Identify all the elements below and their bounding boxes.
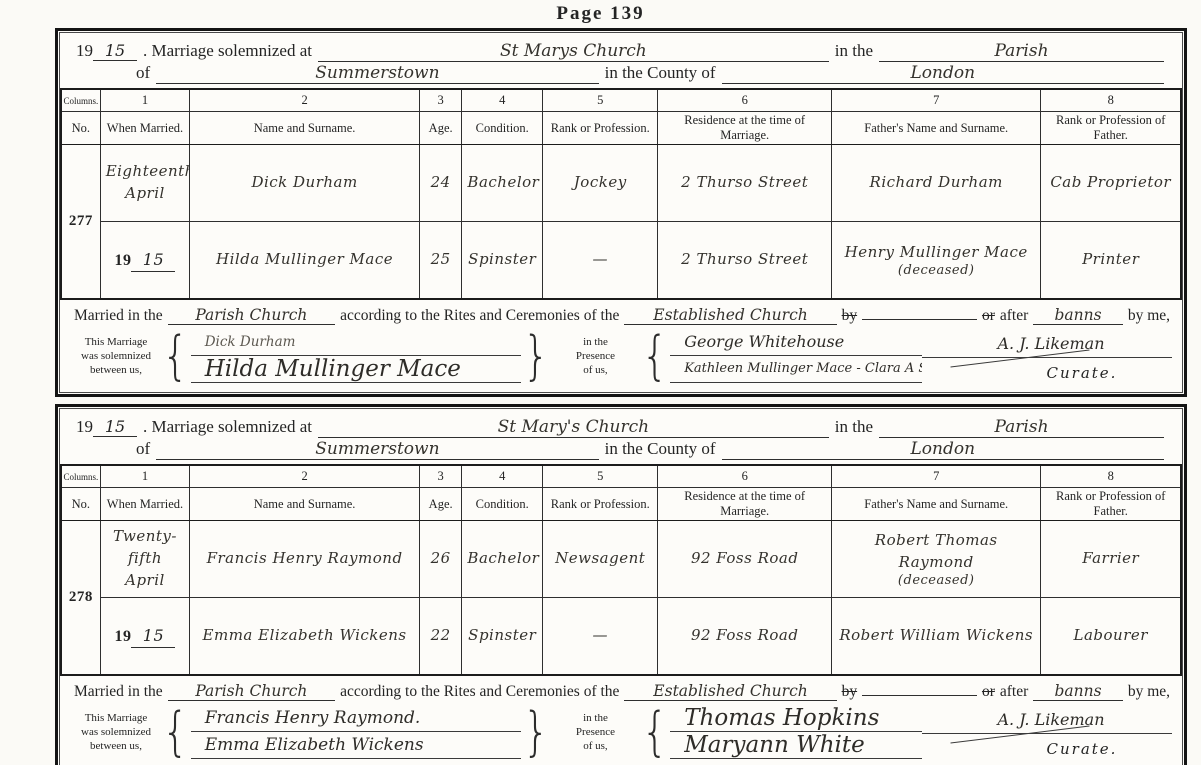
- col-num: 6: [658, 465, 832, 488]
- this-marriage-label: This Marriage was solemnized between us,: [72, 335, 160, 378]
- this-marriage-label: This Marriage was solemnized between us,: [72, 711, 160, 754]
- groom-signature: Francis Henry Raymond.: [191, 705, 521, 732]
- record-header: 1915 . Marriage solemnized at St Marys C…: [60, 33, 1182, 88]
- married-in-value: Parish Church: [168, 682, 335, 701]
- couple-signatures: Francis Henry Raymond. Emma Elizabeth Wi…: [191, 705, 521, 759]
- groom-father-rank-cell: Farrier: [1041, 521, 1181, 598]
- column-number-row: Columns. 1 2 3 4 5 6 7 8: [61, 465, 1181, 488]
- bride-father-rank-cell: Labourer: [1041, 598, 1181, 676]
- col-num: 5: [543, 465, 658, 488]
- witness-signature-1: George Whitehouse: [670, 329, 922, 356]
- officiant-title: Curate.: [922, 364, 1172, 382]
- officiant-block: A. J. Likeman Curate.: [922, 331, 1172, 382]
- bride-age-cell: 22: [419, 598, 462, 676]
- col-num: 4: [462, 89, 543, 112]
- signature-area: This Marriage was solemnized between us,…: [60, 326, 1182, 392]
- by-blank: [862, 695, 977, 696]
- groom-name-cell: Francis Henry Raymond: [190, 521, 420, 598]
- by-me-label: by me,: [1128, 307, 1170, 325]
- by-blank: [862, 319, 977, 320]
- bride-signature: Hilda Mullinger Mace: [191, 356, 521, 383]
- groom-condition-cell: Bachelor: [462, 145, 543, 222]
- banns-value: banns: [1033, 682, 1123, 701]
- of-label: of: [136, 439, 150, 459]
- rites-label: according to the Rites and Ceremonies of…: [340, 307, 619, 325]
- col-num: 1: [100, 89, 190, 112]
- place-name: Summerstown: [156, 439, 598, 460]
- col-num: 7: [832, 89, 1041, 112]
- bride-name-cell: Hilda Mullinger Mace: [190, 222, 420, 300]
- col-num: 2: [190, 89, 420, 112]
- year-cell: 1915: [100, 222, 190, 300]
- when-married-cell: Twenty-fifth April: [100, 521, 190, 598]
- presence-label: in the Presence of us,: [551, 335, 639, 378]
- bride-age-cell: 25: [419, 222, 462, 300]
- groom-row: 277 Eighteenth April Dick Durham 24 Bach…: [61, 145, 1181, 222]
- in-the-label: in the: [835, 41, 873, 61]
- bride-condition-cell: Spinster: [462, 222, 543, 300]
- marriage-record-277: 1915 . Marriage solemnized at St Marys C…: [55, 28, 1187, 397]
- col-label: Rank or Profession of Father.: [1041, 488, 1181, 521]
- year-printed: 1915: [76, 417, 137, 437]
- col-num: 5: [543, 89, 658, 112]
- col-label: Residence at the time of Marriage.: [658, 488, 832, 521]
- church-name: St Marys Church: [318, 41, 829, 62]
- rites-label: according to the Rites and Ceremonies of…: [340, 683, 619, 701]
- county-name: London: [722, 439, 1164, 460]
- couple-signatures: Dick Durham Hilda Mullinger Mace: [191, 329, 521, 383]
- banns-value: banns: [1033, 306, 1123, 325]
- groom-age-cell: 24: [419, 145, 462, 222]
- witness-signature-1: Thomas Hopkins: [670, 705, 922, 732]
- brace-open: {: [162, 330, 189, 383]
- bride-residence-cell: 92 Foss Road: [658, 598, 832, 676]
- bride-rank-cell: —: [543, 598, 658, 676]
- year-printed: 1915: [76, 41, 137, 61]
- by-label: by: [842, 683, 858, 701]
- church-type-value: Established Church: [624, 306, 836, 325]
- married-in-value: Parish Church: [168, 306, 335, 325]
- solemnized-label: . Marriage solemnized at: [143, 417, 312, 437]
- or-label: or: [982, 683, 995, 701]
- signature-area: This Marriage was solemnized between us,…: [60, 702, 1182, 765]
- or-label: or: [982, 307, 995, 325]
- groom-rank-cell: Jockey: [543, 145, 658, 222]
- year-handwritten: 15: [93, 41, 137, 61]
- when-married-cell: Eighteenth April: [100, 145, 190, 222]
- after-label: after: [1000, 307, 1028, 325]
- groom-name-cell: Dick Durham: [190, 145, 420, 222]
- groom-father-cell: Robert Thomas Raymond(deceased): [832, 521, 1041, 598]
- col-label: Age.: [419, 488, 462, 521]
- no-label: No.: [61, 112, 100, 145]
- col-label: Residence at the time of Marriage.: [658, 112, 832, 145]
- year-cell: 1915: [100, 598, 190, 676]
- col-label: Name and Surname.: [190, 112, 420, 145]
- married-in-label: Married in the: [74, 307, 163, 325]
- col-label: Condition.: [462, 112, 543, 145]
- brace-close: }: [523, 330, 550, 383]
- by-label: by: [842, 307, 858, 325]
- col-num: 6: [658, 89, 832, 112]
- by-me-label: by me,: [1128, 683, 1170, 701]
- witness-signatures: Thomas Hopkins Maryann White: [670, 705, 922, 759]
- married-in-line: Married in the Parish Church according t…: [60, 300, 1182, 326]
- columns-corner-label: Columns.: [61, 465, 100, 488]
- register-table: Columns. 1 2 3 4 5 6 7 8 No. When Marrie…: [60, 464, 1182, 676]
- county-of-label: in the County of: [605, 63, 716, 83]
- groom-condition-cell: Bachelor: [462, 521, 543, 598]
- col-label: Father's Name and Surname.: [832, 488, 1041, 521]
- no-label: No.: [61, 488, 100, 521]
- bride-row: 1915 Emma Elizabeth Wickens 22 Spinster …: [61, 598, 1181, 676]
- col-label: Rank or Profession of Father.: [1041, 112, 1181, 145]
- col-num: 4: [462, 465, 543, 488]
- groom-father-rank-cell: Cab Proprietor: [1041, 145, 1181, 222]
- church-type-value: Established Church: [624, 682, 836, 701]
- bride-father-rank-cell: Printer: [1041, 222, 1181, 300]
- brace-open: {: [641, 706, 668, 759]
- officiant-title: Curate.: [922, 740, 1172, 758]
- col-label: When Married.: [100, 488, 190, 521]
- presence-label: in the Presence of us,: [551, 711, 639, 754]
- groom-signature: Dick Durham: [191, 329, 521, 356]
- solemnized-label: . Marriage solemnized at: [143, 41, 312, 61]
- brace-open: {: [641, 330, 668, 383]
- groom-age-cell: 26: [419, 521, 462, 598]
- officiant-block: A. J. Likeman Curate.: [922, 707, 1172, 758]
- bride-signature: Emma Elizabeth Wickens: [191, 732, 521, 759]
- col-num: 2: [190, 465, 420, 488]
- entry-number: 278: [61, 521, 100, 676]
- bride-name-cell: Emma Elizabeth Wickens: [190, 598, 420, 676]
- after-label: after: [1000, 683, 1028, 701]
- groom-residence-cell: 2 Thurso Street: [658, 145, 832, 222]
- county-name: London: [722, 63, 1164, 84]
- col-num: 3: [419, 465, 462, 488]
- church-name: St Mary's Church: [318, 417, 829, 438]
- column-label-row: No. When Married. Name and Surname. Age.…: [61, 488, 1181, 521]
- bride-condition-cell: Spinster: [462, 598, 543, 676]
- place-name: Summerstown: [156, 63, 598, 84]
- col-label: Condition.: [462, 488, 543, 521]
- groom-row: 278 Twenty-fifth April Francis Henry Ray…: [61, 521, 1181, 598]
- col-label: Rank or Profession.: [543, 112, 658, 145]
- brace-open: {: [162, 706, 189, 759]
- witness-signature-2: Kathleen Mullinger Mace - Clara A Smith: [670, 356, 922, 383]
- record-header: 1915 . Marriage solemnized at St Mary's …: [60, 409, 1182, 464]
- register-table: Columns. 1 2 3 4 5 6 7 8 No. When Marrie…: [60, 88, 1182, 300]
- county-of-label: in the County of: [605, 439, 716, 459]
- bride-father-cell: Robert William Wickens: [832, 598, 1041, 676]
- of-label: of: [136, 63, 150, 83]
- col-label: Age.: [419, 112, 462, 145]
- married-in-label: Married in the: [74, 683, 163, 701]
- groom-residence-cell: 92 Foss Road: [658, 521, 832, 598]
- married-in-line: Married in the Parish Church according t…: [60, 676, 1182, 702]
- col-label: Rank or Profession.: [543, 488, 658, 521]
- brace-close: }: [523, 706, 550, 759]
- column-number-row: Columns. 1 2 3 4 5 6 7 8: [61, 89, 1181, 112]
- page-title: Page 139: [0, 0, 1201, 25]
- witness-signature-2: Maryann White: [670, 732, 922, 759]
- col-num: 3: [419, 89, 462, 112]
- columns-corner-label: Columns.: [61, 89, 100, 112]
- parish-name: Parish: [879, 41, 1164, 62]
- entry-number: 277: [61, 145, 100, 300]
- marriage-record-278: 1915 . Marriage solemnized at St Mary's …: [55, 404, 1187, 765]
- col-num: 8: [1041, 465, 1181, 488]
- bride-residence-cell: 2 Thurso Street: [658, 222, 832, 300]
- bride-rank-cell: —: [543, 222, 658, 300]
- col-label: Name and Surname.: [190, 488, 420, 521]
- groom-rank-cell: Newsagent: [543, 521, 658, 598]
- bride-father-cell: Henry Mullinger Mace(deceased): [832, 222, 1041, 300]
- col-num: 7: [832, 465, 1041, 488]
- col-num: 8: [1041, 89, 1181, 112]
- year-handwritten: 15: [93, 417, 137, 437]
- groom-father-cell: Richard Durham: [832, 145, 1041, 222]
- register-page: Page 139 1915 . Marriage solemnized at S…: [0, 0, 1201, 765]
- parish-name: Parish: [879, 417, 1164, 438]
- bride-row: 1915 Hilda Mullinger Mace 25 Spinster — …: [61, 222, 1181, 300]
- col-num: 1: [100, 465, 190, 488]
- witness-signatures: George Whitehouse Kathleen Mullinger Mac…: [670, 329, 922, 383]
- col-label: When Married.: [100, 112, 190, 145]
- col-label: Father's Name and Surname.: [832, 112, 1041, 145]
- in-the-label: in the: [835, 417, 873, 437]
- column-label-row: No. When Married. Name and Surname. Age.…: [61, 112, 1181, 145]
